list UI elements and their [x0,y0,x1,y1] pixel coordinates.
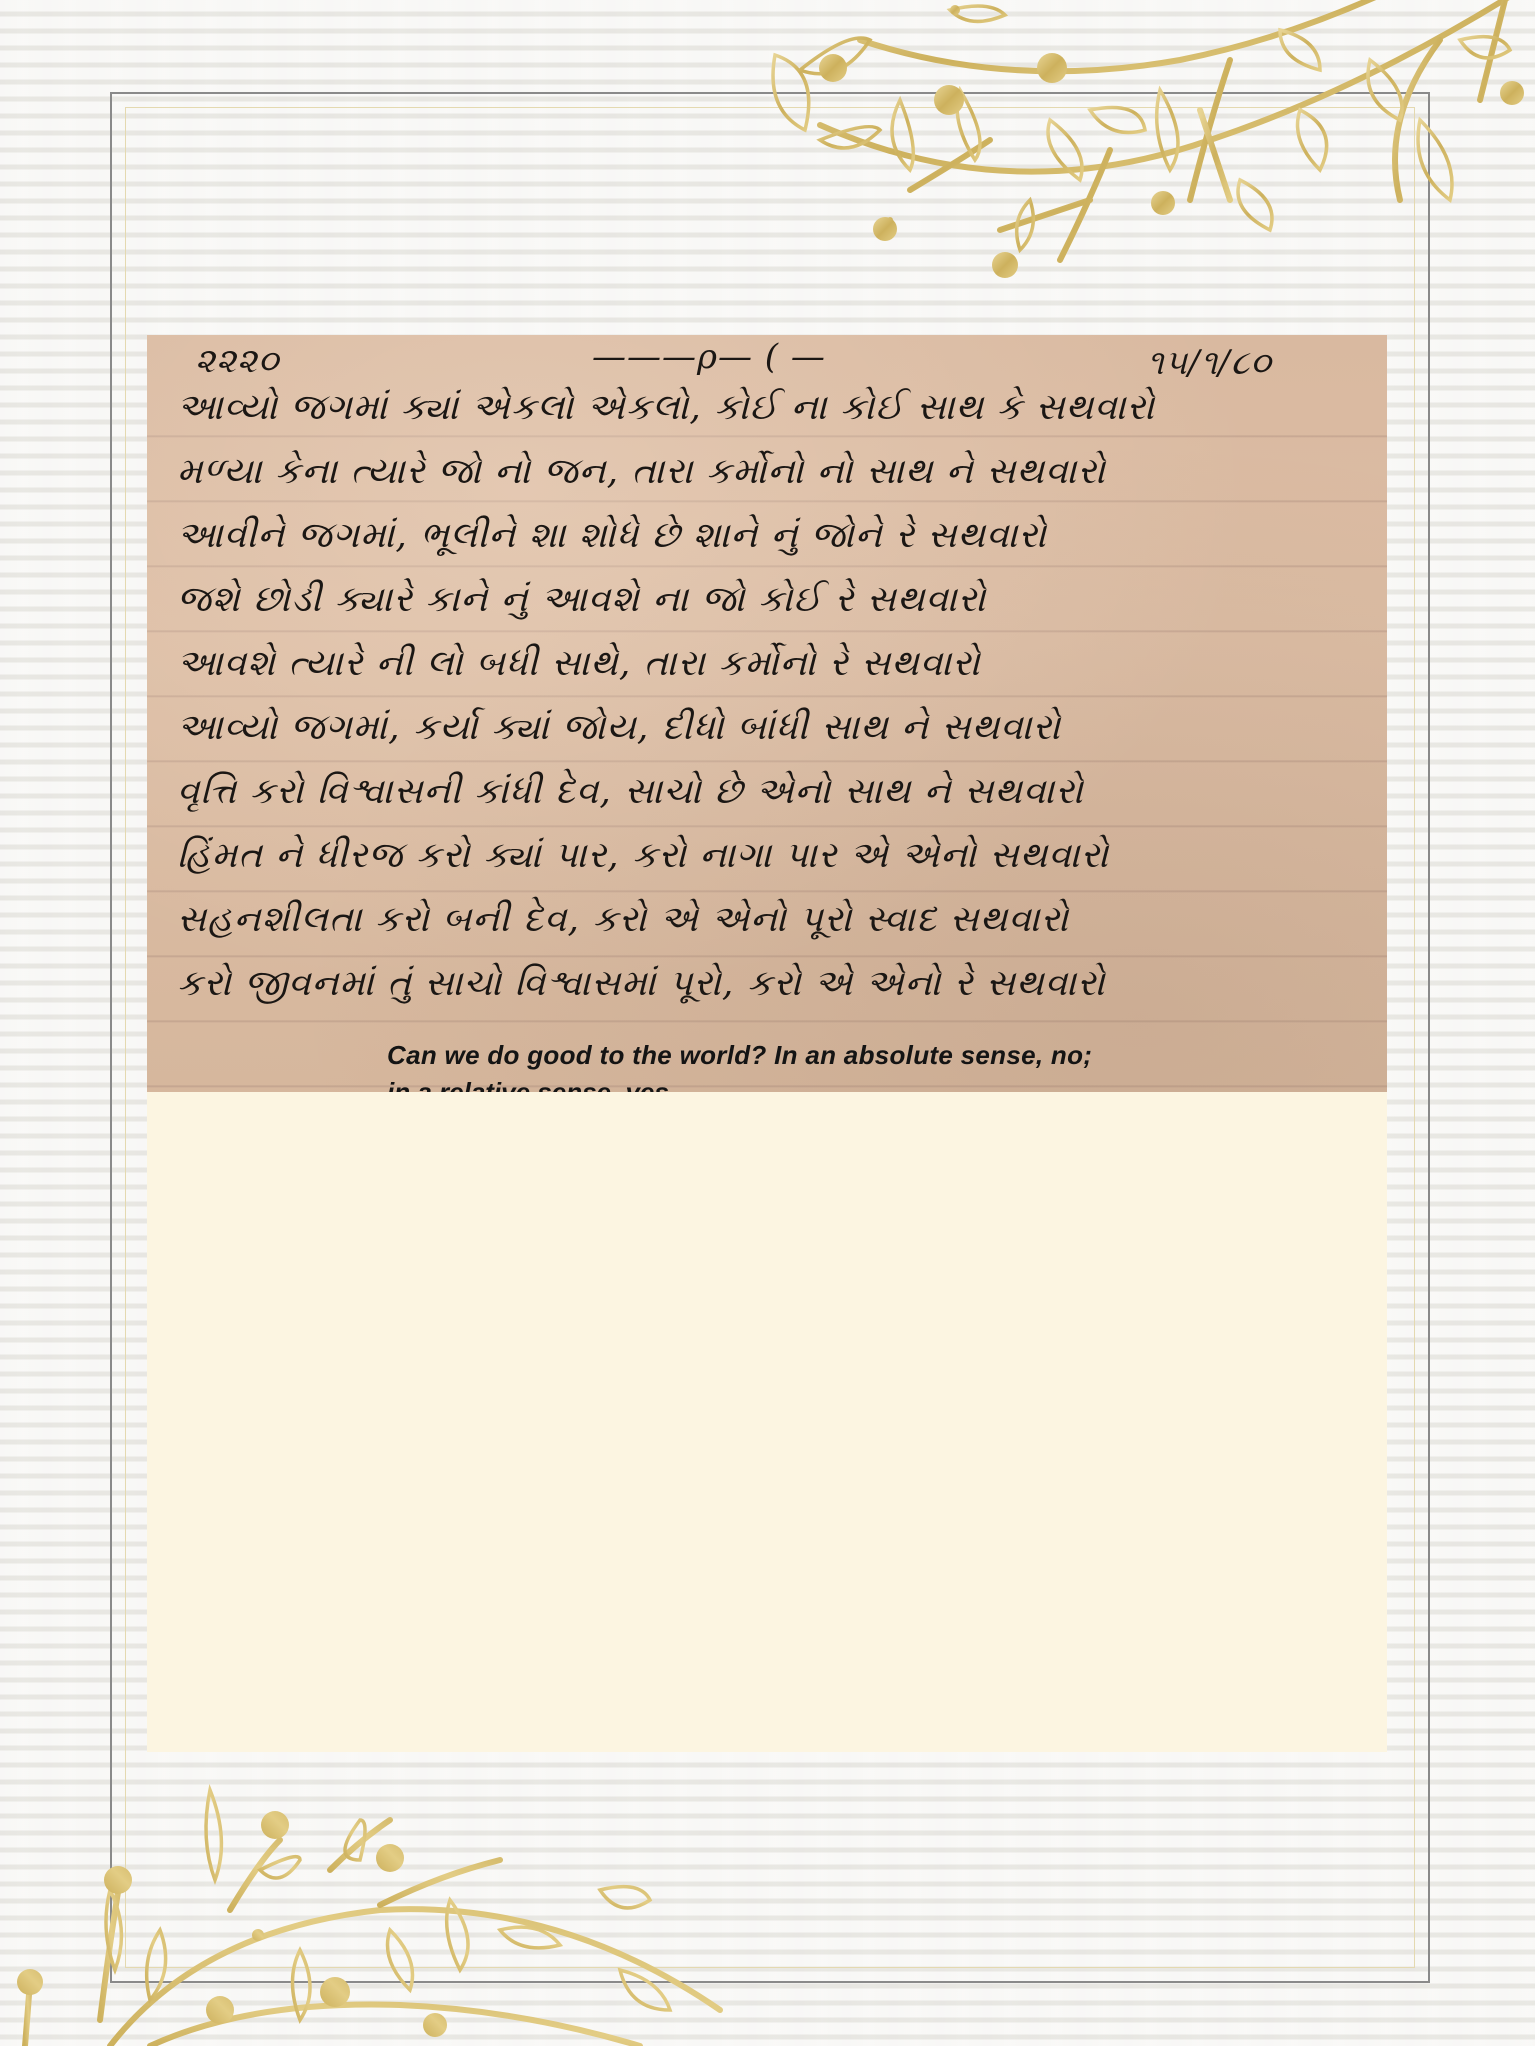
handwritten-line: મળ્યા કેના ત્યારે જો નો જન, તારા કર્મોનો… [177,451,1106,493]
handwritten-line: વૃત્તિ કરો વિશ્વાસની કાંધી દેવ, સાચો છે … [177,771,1084,813]
printed-quote: Can we do good to the world? In an absol… [387,1040,1092,1071]
handwritten-line: હિંમત ને ધીરજ કરો ક્યાં પાર, કરો નાગા પા… [177,835,1109,877]
handwritten-line: આવ્યો જગમાં, કર્યા ક્યાં જોય, દીધો બાંધી… [177,707,1061,749]
header-mark: ———ρ— ( — [592,337,826,377]
handwritten-line: આવીને જગમાં, ભૂલીને શા શોધે છે શાને નું … [177,515,1047,557]
handwritten-line: કરો જીવનમાં તું સાચો વિશ્વાસમાં પૂરો, કર… [177,963,1106,1005]
printed-quote-cut-line: in a relative sense, yes [387,1077,669,1092]
handwritten-line: જશે છોડી ક્યારે કાને નું આવશે ના જો કોઈ … [177,579,986,621]
gold-floral-branch-icon [0,1780,800,2046]
gold-floral-branch-icon [760,0,1535,300]
page-number: ૨૨૨૦ [195,341,279,381]
handwritten-line: આવ્યો જગમાં ક્યાં એકલો એકલો, કોઈ ના કોઈ … [177,387,1155,429]
blank-cream-panel [147,1092,1387,1752]
handwritten-line: સહનશીલતા કરો બની દેવ, કરો એ એનો પૂરો સ્વ… [177,899,1069,941]
diary-date: ૧૫/૧/૮૦ [1147,343,1272,383]
handwritten-diary-photo: ૨૨૨૦ ———ρ— ( — ૧૫/૧/૮૦ આવ્યો જગમાં ક્યાં… [147,335,1387,1092]
handwritten-line: આવશે ત્યારે ની લો બધી સાથે, તારા કર્મોનો… [177,643,981,685]
